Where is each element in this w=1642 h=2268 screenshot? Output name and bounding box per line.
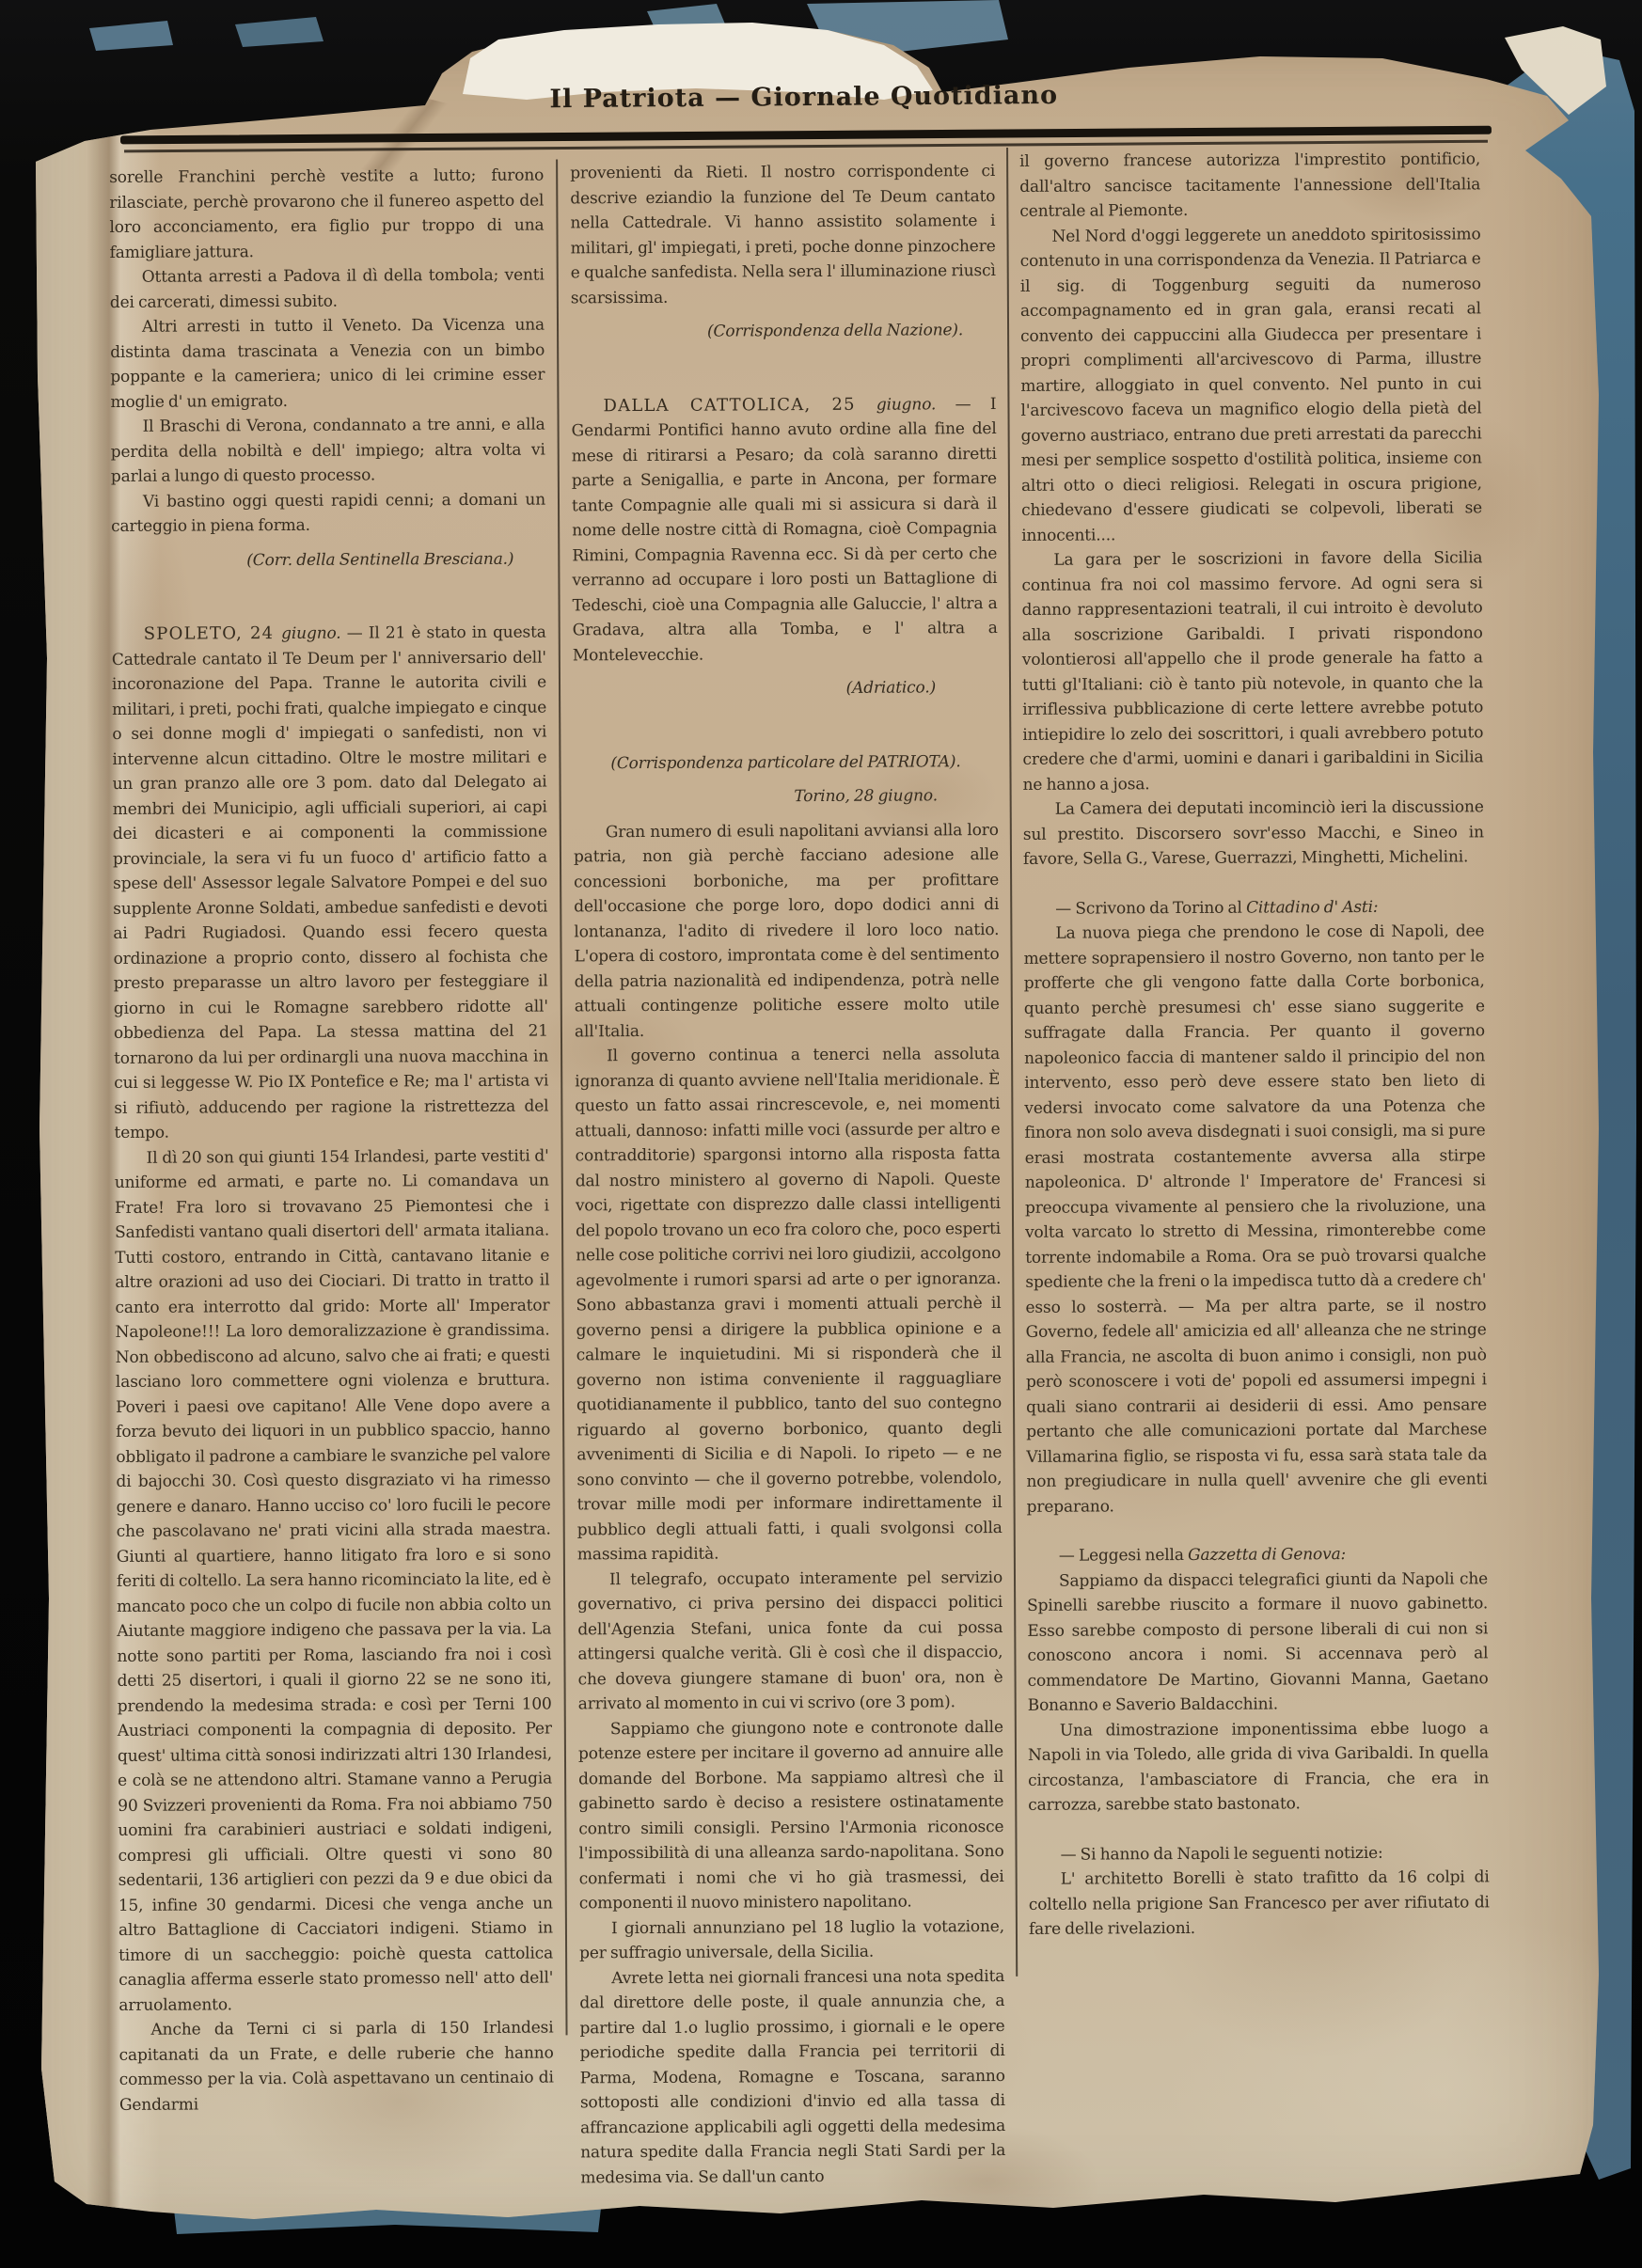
- column-divider-2: [1006, 148, 1018, 1977]
- paragraph: Ottanta arresti a Padova il dì della tom…: [110, 263, 545, 315]
- source-note: — Leggesi nella Gazzetta di Genova:: [1027, 1541, 1488, 1568]
- paragraph: Gran numero di esuli napolitani avviansi…: [574, 818, 1000, 1045]
- paragraph-text: — Il 21 è stato in questa Cattedrale can…: [112, 623, 549, 1142]
- source-note: — Si hanno da Napoli le seguenti notizie…: [1028, 1840, 1489, 1867]
- paragraph: Nel Nord d'oggi leggerete un aneddoto sp…: [1019, 222, 1482, 548]
- paragraph: Una dimostrazione imponentissima ebbe lu…: [1028, 1716, 1490, 1819]
- paragraph: Il dì 20 son qui giunti 154 Irlandesi, p…: [115, 1143, 554, 2018]
- column-2: provenienti da Rieti. Il nostro corrispo…: [570, 159, 1005, 2190]
- paragraph: La gara per le soscrizioni in favore del…: [1021, 545, 1483, 797]
- dateline-month: giugno.: [876, 395, 936, 414]
- paragraph: La Camera dei deputati incominciò ieri l…: [1023, 795, 1484, 872]
- paragraph: Sappiamo che giungono note e contronote …: [578, 1714, 1004, 1915]
- paragraph: I giornali annunziano pel 18 luglio la v…: [579, 1914, 1004, 1965]
- cited-journal: Gazzetta di Genova:: [1188, 1545, 1346, 1565]
- dateline-paragraph: DALLA CATTOLICA, 25 giugno. — I Gendarmi…: [571, 392, 998, 669]
- paragraph-text: — I Gendarmi Pontifici hanno avuto ordin…: [572, 395, 998, 665]
- dateline-place: SPOLETO, 24: [144, 623, 281, 644]
- paragraph: Il governo continua a tenerci nella asso…: [575, 1042, 1003, 1567]
- dateline-month: giugno.: [281, 624, 340, 643]
- correspondence-credit: (Corrispondenza della Nazione).: [571, 318, 996, 345]
- printed-content: Il Patriota — Giornale Quotidiano sorell…: [0, 0, 1642, 2268]
- cited-journal: Cittadino d' Asti:: [1246, 897, 1379, 917]
- source-note: — Scrivono da Torino al Cittadino d' Ast…: [1023, 894, 1484, 921]
- paragraph: Il Braschi di Verona, condannato a tre a…: [111, 413, 545, 490]
- paragraph: Anche da Terni ci si parla di 150 Irland…: [118, 2016, 554, 2118]
- paragraph: Vi bastino oggi questi rapidi cenni; a d…: [111, 487, 545, 539]
- paragraph: provenienti da Rieti. Il nostro corrispo…: [570, 159, 996, 310]
- paragraph: Altri arresti in tutto il Veneto. Da Vic…: [110, 313, 545, 415]
- note-text: — Leggesi nella: [1059, 1546, 1188, 1566]
- paragraph: sorelle Franchini perchè vestite a lutto…: [109, 164, 545, 265]
- source-credit: (Adriatico.): [573, 675, 998, 702]
- newspaper-scan: Il Patriota — Giornale Quotidiano sorell…: [0, 0, 1642, 2268]
- dateline-paragraph: SPOLETO, 24 giugno. — Il 21 è stato in q…: [112, 621, 549, 1146]
- note-text: — Scrivono da Torino al: [1055, 898, 1246, 918]
- paragraph: Il telegrafo, occupato interamente pel s…: [577, 1565, 1003, 1716]
- dateline-place: DALLA CATTOLICA, 25: [603, 394, 876, 416]
- column-divider-1: [556, 159, 567, 2035]
- paragraph: Avrete letta nei giornali francesi una n…: [579, 1963, 1005, 2190]
- paragraph: Sappiamo da dispacci telegrafici giunti …: [1027, 1567, 1489, 1719]
- paragraph: il governo francese autorizza l'impresti…: [1019, 147, 1480, 224]
- correspondence-credit: (Corr. della Sentinella Bresciana.): [111, 546, 545, 574]
- correspondence-header: (Corrispondenza particolare del PATRIOTA…: [573, 749, 998, 777]
- masthead-title: Il Patriota — Giornale Quotidiano: [122, 77, 1486, 117]
- dateline-city-date: Torino, 28 giugno.: [574, 783, 999, 811]
- column-3: il governo francese autorizza l'impresti…: [1019, 147, 1490, 1942]
- paragraph: La nuova piega che prendono le cose di N…: [1023, 919, 1487, 1520]
- column-1: sorelle Franchini perchè vestite a lutto…: [109, 164, 554, 2118]
- paragraph: L' architetto Borelli è stato trafitto d…: [1029, 1865, 1490, 1942]
